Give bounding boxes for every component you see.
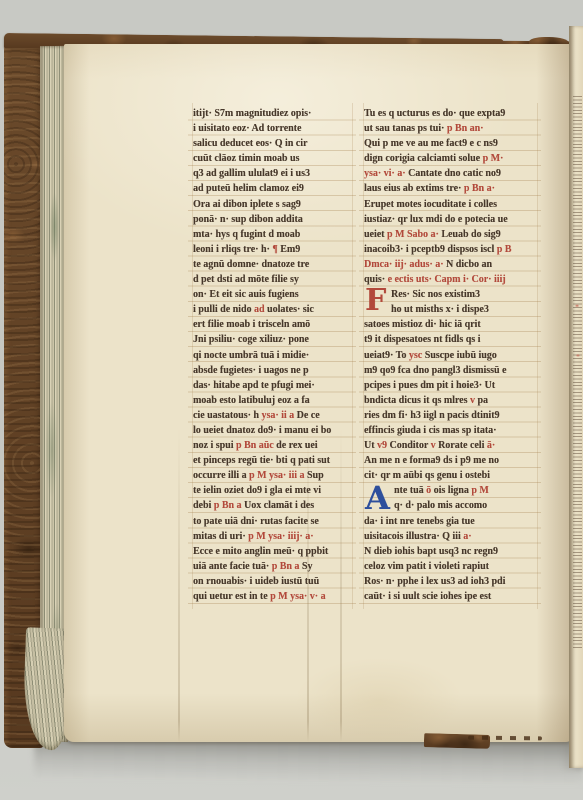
body-text: iustiaz· qr lux mdi do e potecia ue	[364, 214, 508, 225]
text-line: ponā· n· sup dibon addita	[193, 213, 351, 228]
rubric-text: p Bn a·	[464, 183, 495, 194]
text-line: effincis giuda i cis mas sp itata·	[364, 424, 536, 439]
text-line: da· i int nre tenebs gia tue	[364, 515, 536, 530]
body-text: i pulli de nido	[193, 304, 254, 315]
body-text: celoz vim patit i violeti rapiut	[364, 561, 489, 572]
text-column-right: Tu es q ucturus es do· que expta9ut sau …	[359, 107, 541, 605]
body-text: Leuab do sig9	[441, 229, 500, 240]
text-line: qui uetur est in te p M ysa· v· a	[193, 590, 351, 605]
body-text: Jni psiliu· coge xiliuz· pone	[193, 334, 309, 345]
text-line: FRes· Sic nos existim3	[364, 288, 536, 303]
body-text: caūt· i si uult scie iohes ipe est	[364, 591, 491, 602]
text-line: occurre illi a p M ysa· iii a Sup	[193, 469, 351, 484]
rubric-text: p M	[471, 485, 488, 496]
text-line: ueiet p M Sabo a· Leuab do sig9	[364, 228, 536, 243]
body-text: da· i int nre tenebs gia tue	[364, 516, 475, 527]
page-crease	[178, 44, 180, 742]
body-text: pa	[477, 395, 488, 406]
body-text: itijt· S7m magnitudiez opis·	[193, 108, 311, 119]
body-text: cie uastatous· h	[193, 410, 261, 421]
body-text: ert filie moab i trisceln amō	[193, 319, 310, 330]
text-line: caūt· i si uult scie iohes ipe est	[364, 590, 536, 605]
body-text: to pate uiā dni· rutas facite se	[193, 516, 319, 527]
text-line: An me n e forma9 ds i p9 me no	[364, 454, 536, 469]
text-line: i uisitato eoz· Ad torrente	[193, 122, 351, 137]
body-text: debi	[193, 500, 214, 511]
text-line: Ros· n· pphe i lex us3 ad ioh3 pdi	[364, 575, 536, 590]
rubric-text: p M Sabo a·	[387, 229, 441, 240]
body-text: ad puteū helim clamoz ei9	[193, 183, 304, 194]
text-line: uisitacois illustra· Q iii a·	[364, 530, 536, 545]
body-text: d pet dsti ad mōte filie sy	[193, 274, 299, 285]
rubric-text: p M·	[483, 153, 504, 164]
facing-page-strip	[569, 26, 583, 768]
body-text: salicu deducet eos· Q in cir	[193, 138, 307, 149]
body-text: ut sau tanas ps tui·	[364, 123, 447, 134]
body-text: et pinceps regū tie· bti q pati sut	[193, 455, 330, 466]
rubric-text: e ectis uts· Capm i· Cor· iiij	[388, 274, 506, 285]
body-text: q· d· palo mis accomo	[394, 500, 487, 511]
body-text: Tu es q ucturus es do· que expta9	[364, 108, 505, 119]
rubric-text: ysa· ii a	[261, 410, 296, 421]
text-line: Dmca· iij· adus· a· N dicbo an	[364, 258, 536, 273]
text-line: to pate uiā dni· rutas facite se	[193, 515, 351, 530]
body-text: ueiet	[364, 229, 387, 240]
body-text: te agnū domne· dnatoze tre	[193, 259, 309, 270]
text-line: Ecce e mito anglin meū· q ppbit	[193, 545, 351, 560]
rubric-text: Dmca· iij· adus· a·	[364, 259, 446, 270]
rubric-text: p Bn a	[272, 561, 302, 572]
body-text: on· Et eit sic auis fugiens	[193, 289, 299, 300]
body-text: Ora ai dibon iplete s sag9	[193, 199, 301, 210]
text-line: itijt· S7m magnitudiez opis·	[193, 107, 351, 122]
text-line: leoni i rliqs tre· h· ¶ Em9	[193, 243, 351, 258]
text-line: noz i spui p Bn aūc de rex uei	[193, 439, 351, 454]
text-line: Ut v9 Conditor v Rorate celi ā·	[364, 439, 536, 454]
text-line: quis· e ectis uts· Capm i· Cor· iiij	[364, 273, 536, 288]
body-text: absde fugietes· i uagos ne p	[193, 365, 309, 376]
rubric-text: p M ysa· v· a	[270, 591, 325, 602]
body-text: Sup	[307, 470, 324, 481]
text-line: m9 qo9 fca dno pangl3 dismissū e	[364, 364, 536, 379]
body-text: dign corigia calciamti solue	[364, 153, 483, 164]
text-line: lo ueiet dnatoz do9· i manu ei bo	[193, 424, 351, 439]
text-line: t9 it dispesatoes nt fidls qs i	[364, 333, 536, 348]
text-line: cuūt clāoz timin moab us	[193, 152, 351, 167]
rubric-text: p Bn aūc	[236, 440, 276, 451]
text-line: et pinceps regū tie· bti q pati sut	[193, 454, 351, 469]
text-column-left: itijt· S7m magnitudiez opis·i uisitato e…	[188, 107, 356, 605]
body-text: uisitacois illustra· Q iii	[364, 531, 463, 542]
text-line: d pet dsti ad mōte filie sy	[193, 273, 351, 288]
body-text: satoes mistioz di· hic iā qrit	[364, 319, 481, 330]
text-line: das· hitabe apd te pfugi mei·	[193, 379, 351, 394]
body-text: ho ut misths x· i dispe3	[391, 304, 489, 315]
body-text: Cantate dno catic no9	[408, 168, 501, 179]
body-text: cuūt clāoz timin moab us	[193, 153, 299, 164]
body-text: mta· hys q fugint d moab	[193, 229, 300, 240]
body-text: Erupet motes iocuditate i colles	[364, 199, 497, 210]
body-text: das· hitabe apd te pfugi mei·	[193, 380, 315, 391]
text-line: ysa· vi· a· Cantate dno catic no9	[364, 167, 536, 182]
body-text: inacoib3· i pceptb9 dispsos iscl	[364, 244, 497, 255]
rubric-text: v9	[377, 440, 389, 451]
body-text: q3 ad gallim ululat9 ei i us3	[193, 168, 310, 179]
text-line: absde fugietes· i uagos ne p	[193, 364, 351, 379]
text-line: te agnū domne· dnatoze tre	[193, 258, 351, 273]
facing-page-text	[573, 96, 582, 648]
body-text: Suscpe iubū iugo	[425, 350, 497, 361]
body-text: mitas di uri·	[193, 531, 248, 542]
body-text: effincis giuda i cis mas sp itata·	[364, 425, 496, 436]
text-line: cie uastatous· h ysa· ii a De ce	[193, 409, 351, 424]
text-line: Qui p me ve au me fact9 e c ns9	[364, 137, 536, 152]
text-line: q· d· palo mis accomo	[364, 499, 536, 514]
body-text: de rex uei	[276, 440, 317, 451]
text-line: ueiat9· To ysc Suscpe iubū iugo	[364, 349, 536, 364]
body-text: te ielin oziet do9 i gla ei mte vi	[193, 485, 321, 496]
body-text: Sy	[302, 561, 313, 572]
body-text: lo ueiet dnatoz do9· i manu ei bo	[193, 425, 331, 436]
body-text: Uox clamāt i des	[244, 500, 314, 511]
body-text: qi nocte umbrā tuā i midie·	[193, 350, 309, 361]
rubric-text: p M ysa· iii a	[249, 470, 307, 481]
body-text: N dieb iohis bapt usq3 nc regn9	[364, 546, 498, 557]
body-text: N dicbo an	[446, 259, 492, 270]
body-text: occurre illi a	[193, 470, 249, 481]
rubric-text: p B	[497, 244, 512, 255]
body-text: Qui p me ve au me fact9 e c ns9	[364, 138, 498, 149]
text-line: i pulli de nido ad uolates· sic	[193, 303, 351, 318]
text-line: iustiaz· qr lux mdi do e potecia ue	[364, 213, 536, 228]
text-line: celoz vim patit i violeti rapiut	[364, 560, 536, 575]
body-text: Res· Sic nos existim3	[391, 289, 480, 300]
text-line: dign corigia calciamti solue p M·	[364, 152, 536, 167]
text-line: on rnouabis· i uideb iustū tuū	[193, 575, 351, 590]
text-line: ries dm fi· h3 iigl n pacis dtinit9	[364, 409, 536, 424]
text-line: mta· hys q fugint d moab	[193, 228, 351, 243]
body-text: uolates· sic	[265, 304, 314, 315]
body-text: Conditor	[390, 440, 431, 451]
text-line: qi nocte umbrā tuā i midie·	[193, 349, 351, 364]
body-text: nte tuā	[394, 485, 426, 496]
rubric-text: p Bn a	[214, 500, 244, 511]
body-text: leoni i rliqs tre· h·	[193, 244, 272, 255]
text-line: ho ut misths x· i dispe3	[364, 303, 536, 318]
rubric-text: p Bn an·	[447, 123, 484, 134]
body-text: pcipes i pues dm pit i hoie3· Ut	[364, 380, 495, 391]
body-text: moab esto latibuluj eoz a fa	[193, 395, 310, 406]
text-line: moab esto latibuluj eoz a fa	[193, 394, 351, 409]
text-line: mitas di uri· p M ysa· iiij· a·	[193, 530, 351, 545]
body-text: bndicta dicus it qs mlres	[364, 395, 470, 406]
text-line: N dieb iohis bapt usq3 nc regn9	[364, 545, 536, 560]
text-line: Ante tuā ō ois ligna p M	[364, 484, 536, 499]
body-text: Ros· n· pphe i lex us3 ad ioh3 pdi	[364, 576, 505, 587]
text-line: te ielin oziet do9 i gla ei mte vi	[193, 484, 351, 499]
text-line: satoes mistioz di· hic iā qrit	[364, 318, 536, 333]
rubric-text: p M ysa· iiij· a·	[248, 531, 313, 542]
body-text: ponā· n· sup dibon addita	[193, 214, 303, 225]
rubric-text: ad	[254, 304, 265, 315]
text-line: bndicta dicus it qs mlres v pa	[364, 394, 536, 409]
text-line: pcipes i pues dm pit i hoie3· Ut	[364, 379, 536, 394]
rubric-text: ysc	[409, 350, 425, 361]
rubric-text: a·	[463, 531, 471, 542]
text-line: Erupet motes iocuditate i colles	[364, 198, 536, 213]
text-line: Ora ai dibon iplete s sag9	[193, 198, 351, 213]
text-line: q3 ad gallim ululat9 ei i us3	[193, 167, 351, 182]
body-text: m9 qo9 fca dno pangl3 dismissū e	[364, 365, 506, 376]
body-text: Ecce e mito anglin meū· q ppbit	[193, 546, 328, 557]
body-text: on rnouabis· i uideb iustū tuū	[193, 576, 319, 587]
text-line: Tu es q ucturus es do· que expta9	[364, 107, 536, 122]
body-text: laus eius ab extims tre·	[364, 183, 464, 194]
body-text: t9 it dispesatoes nt fidls qs i	[364, 334, 480, 345]
text-line: ert filie moab i trisceln amō	[193, 318, 351, 333]
body-text: uiā ante facie tuā·	[193, 561, 272, 572]
rubric-text: ā·	[487, 440, 495, 451]
text-line: laus eius ab extims tre· p Bn a·	[364, 182, 536, 197]
body-text: ries dm fi· h3 iigl n pacis dtinit9	[364, 410, 500, 421]
text-line: ad puteū helim clamoz ei9	[193, 182, 351, 197]
text-line: uiā ante facie tuā· p Bn a Sy	[193, 560, 351, 575]
photo-background: itijt· S7m magnitudiez opis·i uisitato e…	[0, 0, 583, 800]
body-text: noz i spui	[193, 440, 236, 451]
body-text: ois ligna	[434, 485, 472, 496]
body-text: Rorate celi	[438, 440, 487, 451]
text-line: inacoib3· i pceptb9 dispsos iscl p B	[364, 243, 536, 258]
body-text: ueiat9· To	[364, 350, 409, 361]
text-line: debi p Bn a Uox clamāt i des	[193, 499, 351, 514]
bottom-edge-marks	[468, 736, 542, 741]
text-line: Jni psiliu· coge xiliuz· pone	[193, 333, 351, 348]
text-line: on· Et eit sic auis fugiens	[193, 288, 351, 303]
body-text: i uisitato eoz· Ad torrente	[193, 123, 301, 134]
body-text: De ce	[297, 410, 320, 421]
body-text: Em9	[278, 244, 300, 255]
text-line: salicu deducet eos· Q in cir	[193, 137, 351, 152]
rubric-text: ysa· vi· a·	[364, 168, 408, 179]
body-text: qui uetur est in te	[193, 591, 270, 602]
text-line: ut sau tanas ps tui· p Bn an·	[364, 122, 536, 137]
body-text: An me n e forma9 ds i p9 me no	[364, 455, 499, 466]
body-text: Ut	[364, 440, 377, 451]
